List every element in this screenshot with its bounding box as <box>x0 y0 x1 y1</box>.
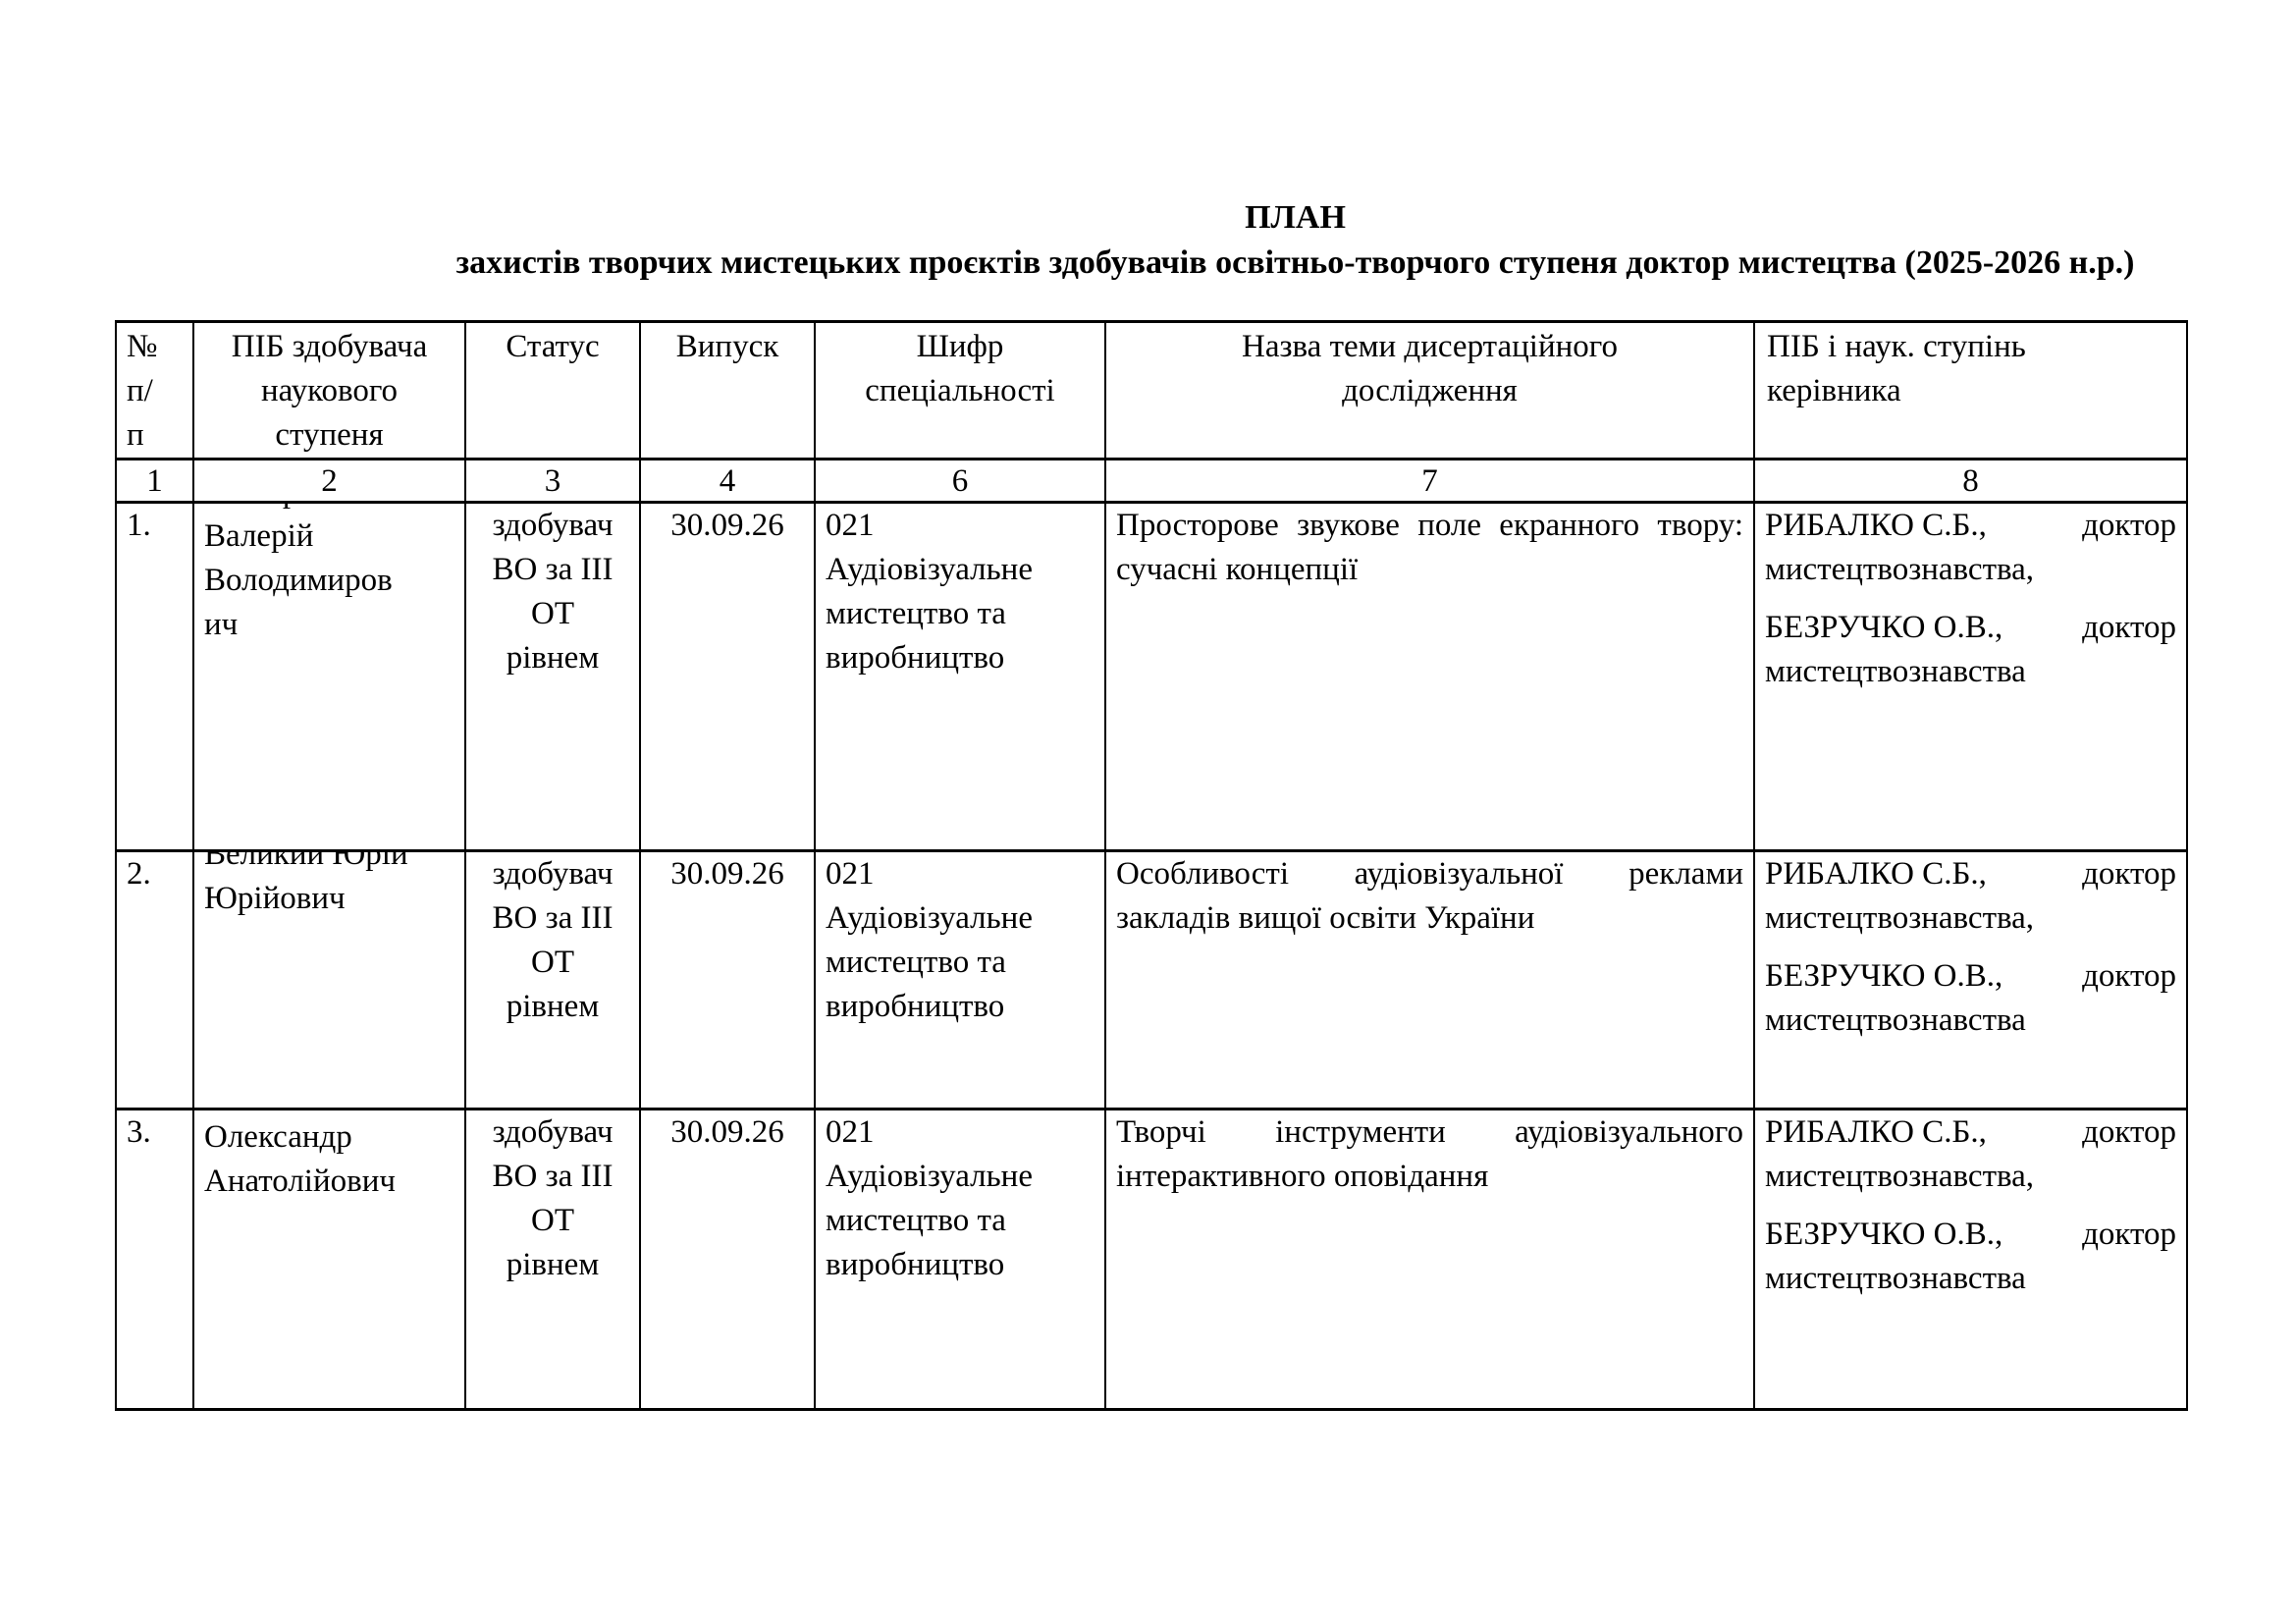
supervisor-line: РИБАЛКО С.Б., доктор <box>1765 504 2176 548</box>
row-number: 1. <box>116 503 193 851</box>
candidate-name: Великий Юрій Юрійович <box>193 851 465 1110</box>
supervisors: РИБАЛКО С.Б., доктор мистецтвознавства, … <box>1754 1110 2187 1410</box>
table-header-row: № п/ п ПІБ здобувача наукового ступеня С… <box>116 322 2187 460</box>
specialty-code: 021 Аудіовізуальне мистецтво та виробниц… <box>815 1110 1105 1410</box>
dissertation-topic: Просторове звукове поле екранного твору:… <box>1105 503 1754 851</box>
specialty-code: 021 Аудіовізуальне мистецтво та виробниц… <box>815 851 1105 1110</box>
header-supervisor: ПІБ і наук. ступінь керівника <box>1754 322 2187 460</box>
supervisor-line: БЕЗРУЧКО О.В., доктор <box>1765 954 2176 999</box>
dissertation-topic: Особливості аудіовізуальної реклами закл… <box>1105 851 1754 1110</box>
column-number: 2 <box>193 460 465 503</box>
supervisor-line: БЕЗРУЧКО О.В., доктор <box>1765 1213 2176 1257</box>
candidate-status: здобувач ВО за ІІІ ОТ рівнем <box>465 851 640 1110</box>
dissertation-topic: Творчі інструменти аудіовізуального інте… <box>1105 1110 1754 1410</box>
column-number: 3 <box>465 460 640 503</box>
candidate-name: Бескорсий Валерій Володимиров ич <box>193 503 465 851</box>
document-title: ПЛАН <box>0 198 2296 238</box>
column-number: 8 <box>1754 460 2187 503</box>
release-date: 30.09.26 <box>640 503 815 851</box>
document-subtitle: захистів творчих мистецьких проєктів здо… <box>0 244 2296 283</box>
row-number: 2. <box>116 851 193 1110</box>
supervisor-line: РИБАЛКО С.Б., доктор <box>1765 852 2176 896</box>
defense-plan-table: № п/ п ПІБ здобувача наукового ступеня С… <box>115 320 2188 1411</box>
header-dissertation-topic: Назва теми дисертаційного дослідження <box>1105 322 1754 460</box>
supervisor-line: БЕЗРУЧКО О.В., доктор <box>1765 606 2176 650</box>
candidate-status: здобувач ВО за ІІІ ОТ рівнем <box>465 1110 640 1410</box>
header-release: Випуск <box>640 322 815 460</box>
header-number: № п/ п <box>116 322 193 460</box>
release-date: 30.09.26 <box>640 851 815 1110</box>
supervisor-line: РИБАЛКО С.Б., доктор <box>1765 1110 2176 1155</box>
row-number: 3. <box>116 1110 193 1410</box>
table-row: 2. Великий Юрій Юрійович здобувач ВО за … <box>116 851 2187 1110</box>
candidate-name: Поберайло Олександр Анатолійович <box>193 1110 465 1410</box>
header-status: Статус <box>465 322 640 460</box>
specialty-code: 021 Аудіовізуальне мистецтво та виробниц… <box>815 503 1105 851</box>
supervisors: РИБАЛКО С.Б., доктор мистецтвознавства, … <box>1754 503 2187 851</box>
table-row: 3. Поберайло Олександр Анатолійович здоб… <box>116 1110 2187 1410</box>
column-number: 7 <box>1105 460 1754 503</box>
column-number-row: 1 2 3 4 6 7 8 <box>116 460 2187 503</box>
table-row: 1. Бескорсий Валерій Володимиров ич здоб… <box>116 503 2187 851</box>
candidate-status: здобувач ВО за ІІІ ОТ рівнем <box>465 503 640 851</box>
header-candidate-name: ПІБ здобувача наукового ступеня <box>193 322 465 460</box>
release-date: 30.09.26 <box>640 1110 815 1410</box>
column-number: 6 <box>815 460 1105 503</box>
column-number: 4 <box>640 460 815 503</box>
supervisors: РИБАЛКО С.Б., доктор мистецтвознавства, … <box>1754 851 2187 1110</box>
header-specialty-code: Шифр спеціальності <box>815 322 1105 460</box>
column-number: 1 <box>116 460 193 503</box>
